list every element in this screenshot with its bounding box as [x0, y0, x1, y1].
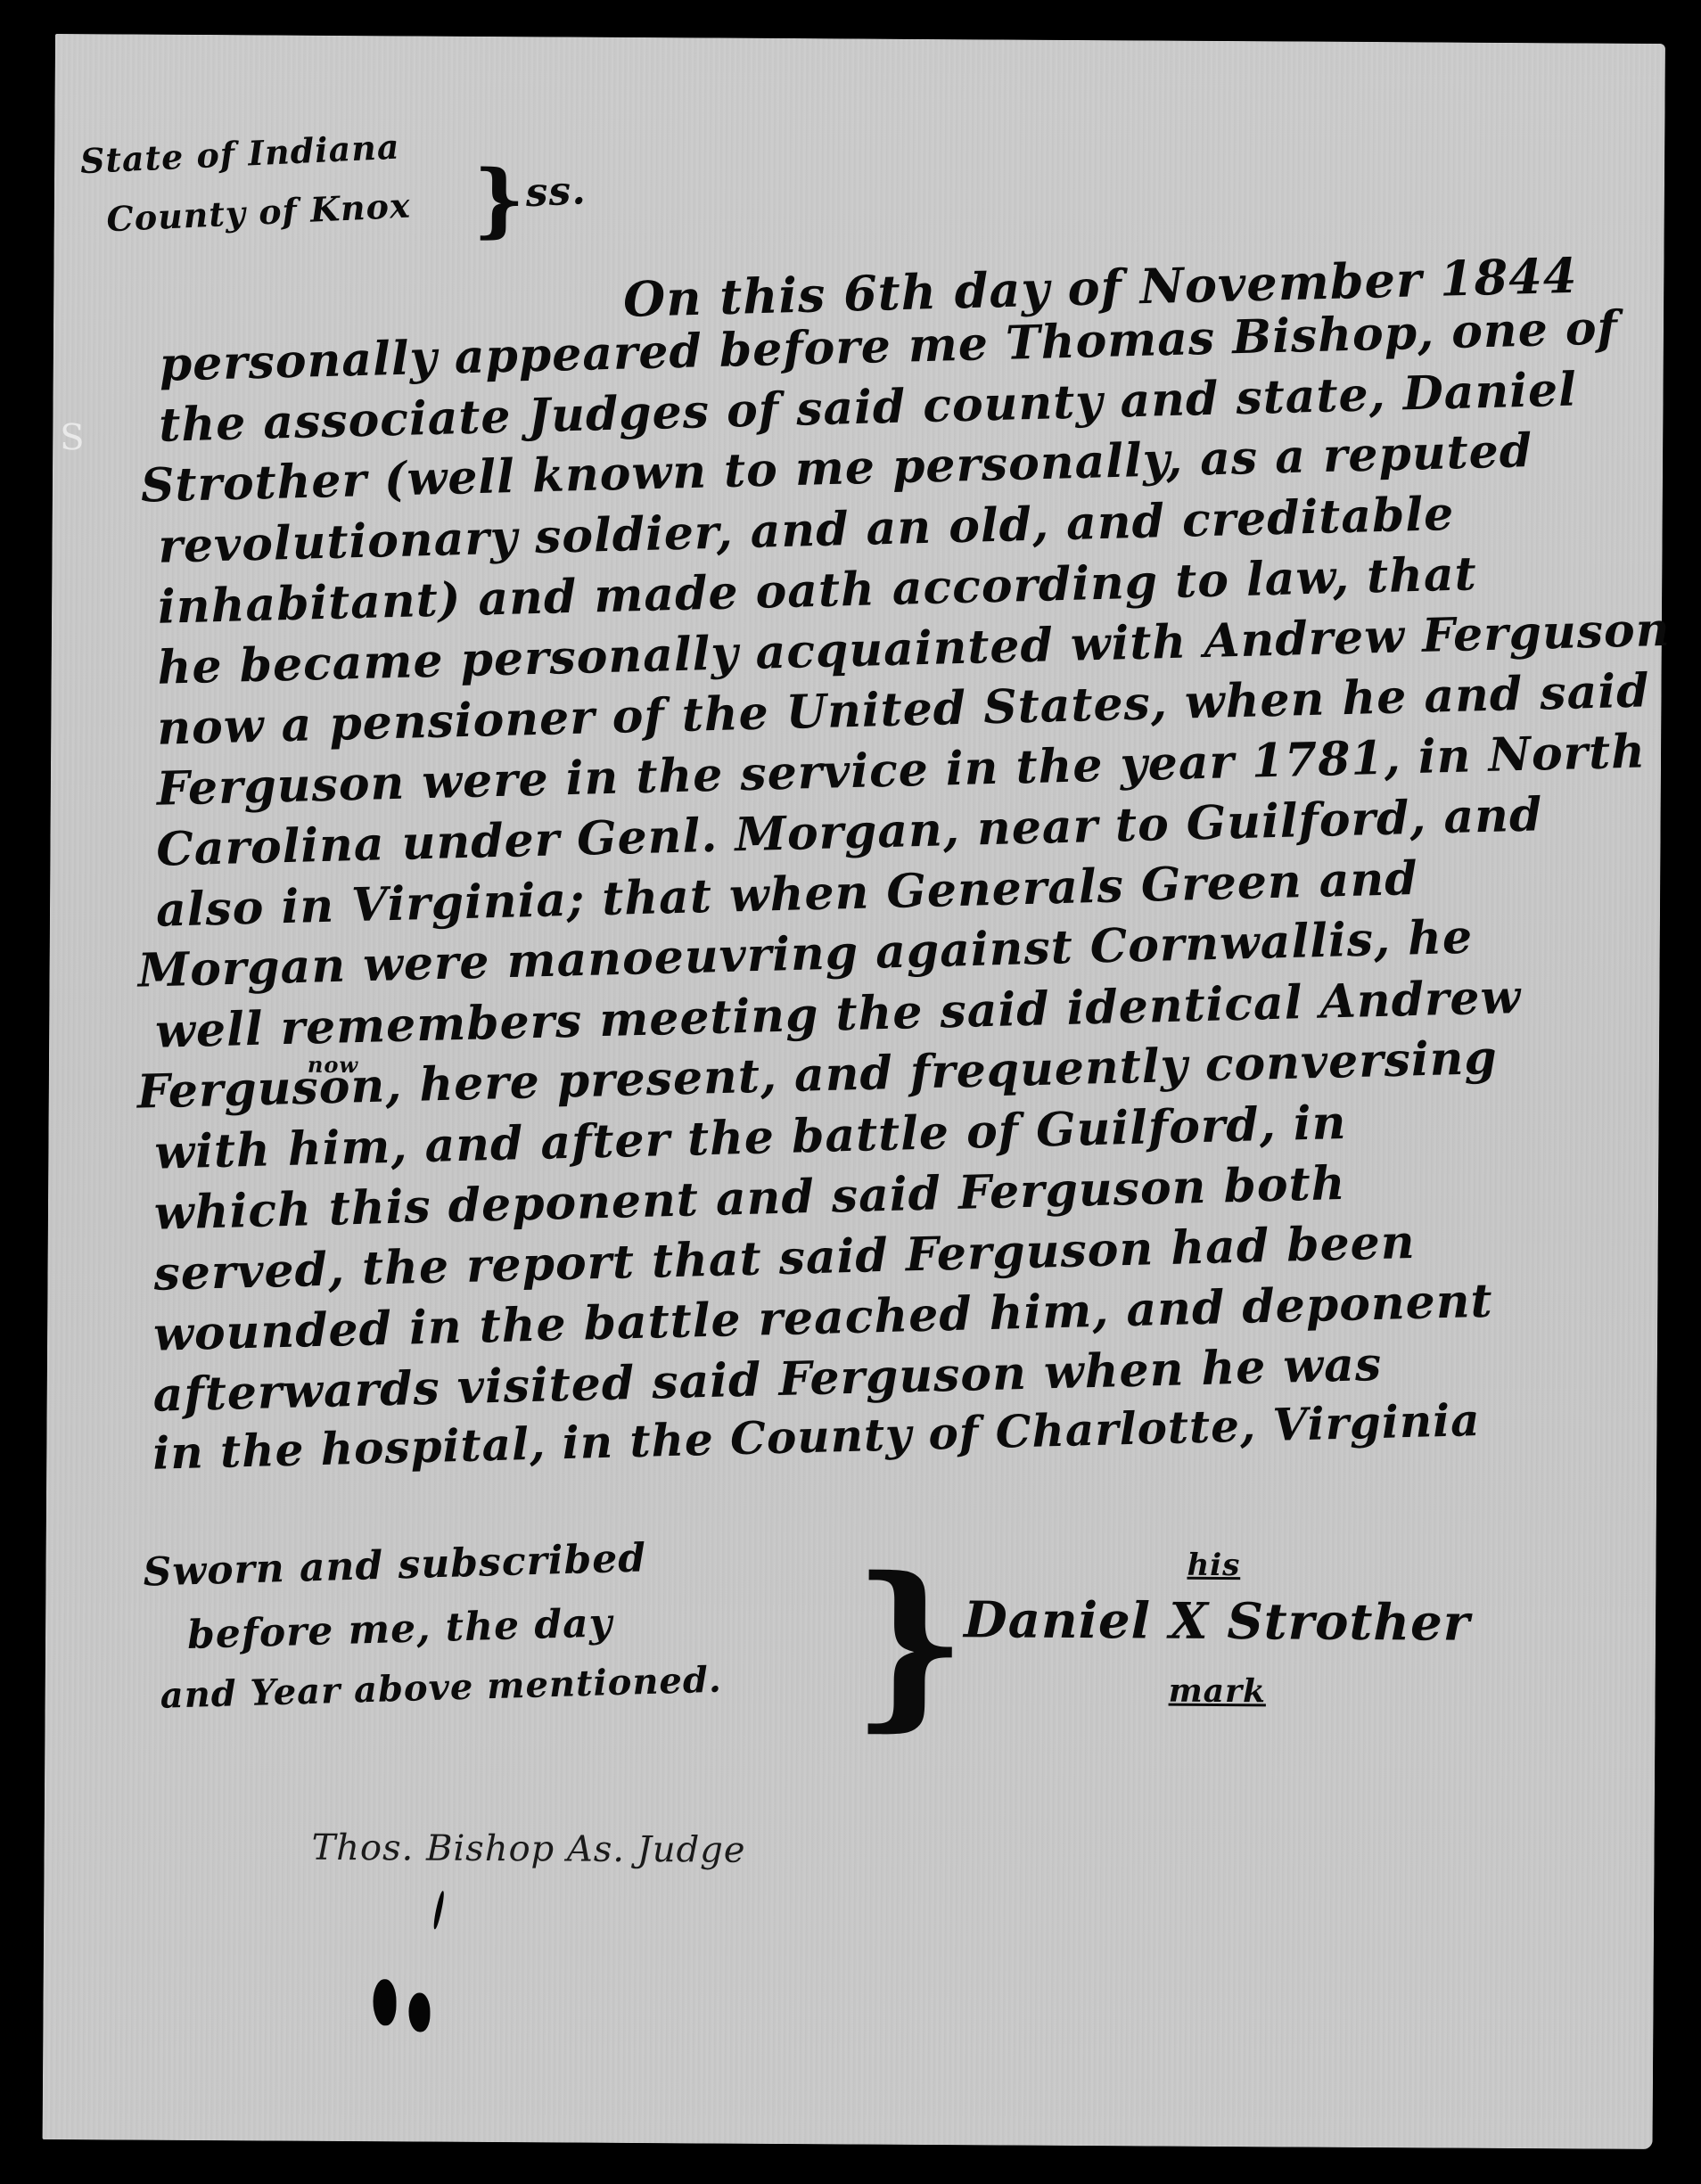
signature-his: his [1187, 1548, 1240, 1583]
jurat-brace: } [851, 1554, 967, 1733]
ink-stroke [432, 1891, 446, 1930]
ink-blot [408, 1992, 430, 2032]
ink-blot [373, 1979, 396, 2025]
signature-mark: mark [1169, 1672, 1267, 1711]
deponent-signature: Daniel X Strother [964, 1590, 1470, 1652]
jurat-line-2: before me, the day [186, 1600, 612, 1658]
jurat-line-3: and Year above mentioned. [160, 1659, 722, 1717]
heading-brace: } [473, 152, 526, 247]
heading-county: County of Knox [106, 185, 412, 240]
heading-state: State of Indiana [79, 127, 400, 182]
margin-mark: S [60, 417, 85, 458]
judge-signature: Thos. Bishop As. Judge [311, 1827, 745, 1871]
venue-mark: ss. [524, 168, 587, 216]
jurat-line-1: Sworn and subscribed [143, 1535, 647, 1595]
document-page: S State of Indiana County of Knox } ss. … [43, 34, 1665, 2149]
